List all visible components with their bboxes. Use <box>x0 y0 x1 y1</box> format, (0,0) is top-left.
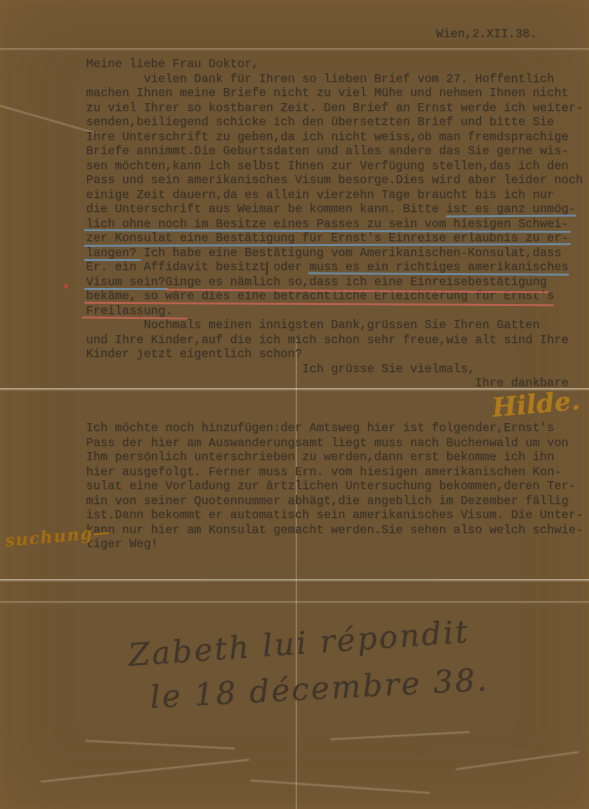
paper-wrinkle <box>40 759 249 783</box>
red-dot-mark <box>64 284 68 289</box>
letter-page: Wien,2.XII.38. Meine liebe Frau Doktor, … <box>0 0 589 809</box>
fold-crease <box>0 48 589 51</box>
paper-wrinkle <box>85 740 235 750</box>
margin-annotation-text: suchung <box>4 524 94 552</box>
letter-postscript-paragraph: Ich möchte noch hinzufügen:der Amtsweg h… <box>86 421 583 552</box>
margin-annotation-dash: — <box>92 522 112 543</box>
paper-wrinkle <box>330 731 470 740</box>
paper-wrinkle <box>0 103 98 135</box>
ink-ghost-smudge <box>200 565 440 580</box>
letter-body-paragraph-1: Meine liebe Frau Doktor, vielen Dank für… <box>86 57 583 391</box>
paper-wrinkle <box>250 780 430 795</box>
ink-ghost-smudge <box>425 748 537 757</box>
underline-mark <box>84 288 168 290</box>
handwritten-note-line-2: le 18 décembre 38. <box>149 662 489 716</box>
date-line: Wien,2.XII.38. <box>436 27 537 42</box>
handwritten-signature: Hilde. <box>491 386 581 424</box>
underline-mark <box>84 259 141 261</box>
